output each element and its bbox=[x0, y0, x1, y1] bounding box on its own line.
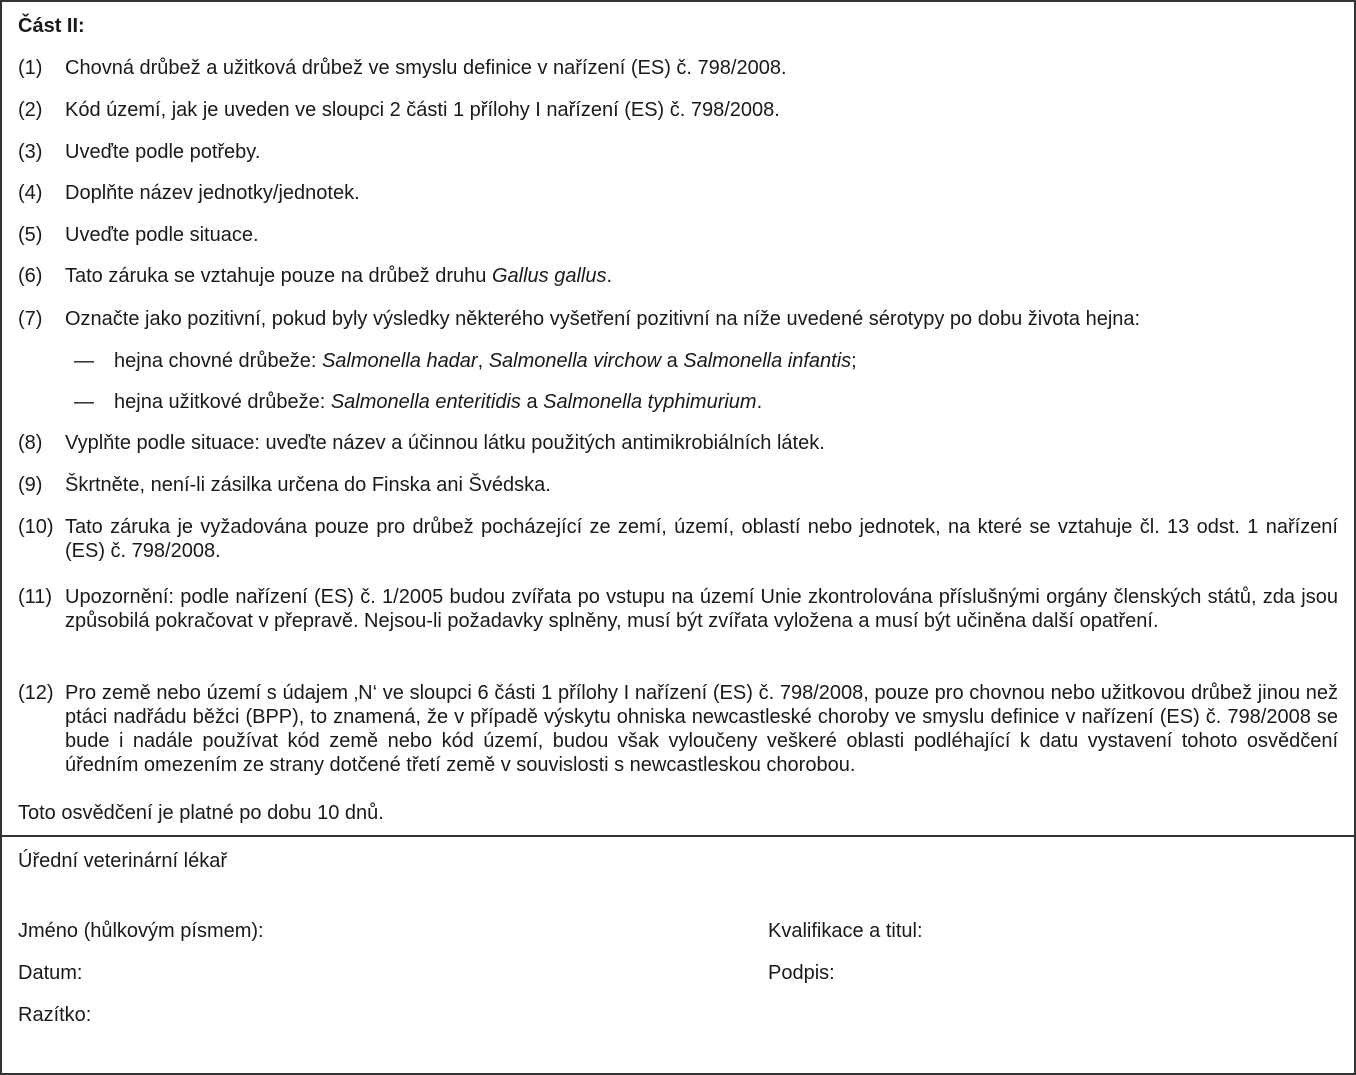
notes-section: Část II: (1) Chovná drůbež a užitková dr… bbox=[2, 2, 1354, 837]
note-text: Chovná drůbež a užitková drůbež ve smysl… bbox=[65, 56, 1338, 80]
section-heading: Část II: bbox=[18, 14, 85, 38]
name-label: Jméno (hůlkovým písmem): bbox=[18, 919, 264, 943]
species-name: Gallus gallus bbox=[492, 265, 607, 287]
signature-title: Úřední veterinární lékař bbox=[18, 849, 227, 873]
bullet-text: hejna chovné drůbeže: Salmonella hadar, … bbox=[114, 349, 857, 373]
note-text: Tato záruka se vztahuje pouze na drůbež … bbox=[65, 264, 1338, 288]
note-text: Vyplňte podle situace: uveďte název a úč… bbox=[65, 431, 1338, 455]
stamp-label: Razítko: bbox=[18, 1003, 91, 1027]
certificate-frame: Část II: (1) Chovná drůbež a užitková dr… bbox=[0, 0, 1356, 1075]
note-number: (10) bbox=[18, 515, 54, 539]
bullet-text: hejna užitkové drůbeže: Salmonella enter… bbox=[114, 390, 762, 414]
note-text: Uveďte podle situace. bbox=[65, 223, 1338, 247]
note-text: Uveďte podle potřeby. bbox=[65, 140, 1338, 164]
note-number: (5) bbox=[18, 223, 42, 247]
note-number: (11) bbox=[18, 585, 52, 609]
qualification-label: Kvalifikace a titul: bbox=[768, 919, 923, 943]
note-number: (7) bbox=[18, 307, 42, 331]
note-text: Označte jako pozitivní, pokud byly výsle… bbox=[65, 307, 1338, 331]
dash-marker: — bbox=[74, 349, 94, 373]
note-number: (8) bbox=[18, 431, 42, 455]
note-number: (3) bbox=[18, 140, 42, 164]
signature-label: Podpis: bbox=[768, 961, 835, 985]
note-text: Tato záruka je vyžadována pouze pro drůb… bbox=[65, 515, 1338, 563]
note-text: Upozornění: podle nařízení (ES) č. 1/200… bbox=[65, 585, 1338, 633]
note-number: (1) bbox=[18, 56, 42, 80]
note-text: Kód území, jak je uveden ve sloupci 2 čá… bbox=[65, 98, 1338, 122]
validity-statement: Toto osvědčení je platné po dobu 10 dnů. bbox=[18, 801, 384, 825]
dash-marker: — bbox=[74, 390, 94, 414]
note-text: Škrtněte, není-li zásilka určena do Fins… bbox=[65, 473, 1338, 497]
note-number: (9) bbox=[18, 473, 42, 497]
date-label: Datum: bbox=[18, 961, 82, 985]
note-text: Doplňte název jednotky/jednotek. bbox=[65, 181, 1338, 205]
note-number: (12) bbox=[18, 681, 54, 705]
note-text: Pro země nebo území s údajem ‚N‘ ve slou… bbox=[65, 681, 1338, 777]
note-number: (4) bbox=[18, 181, 42, 205]
note-number: (6) bbox=[18, 264, 42, 288]
note-number: (2) bbox=[18, 98, 42, 122]
